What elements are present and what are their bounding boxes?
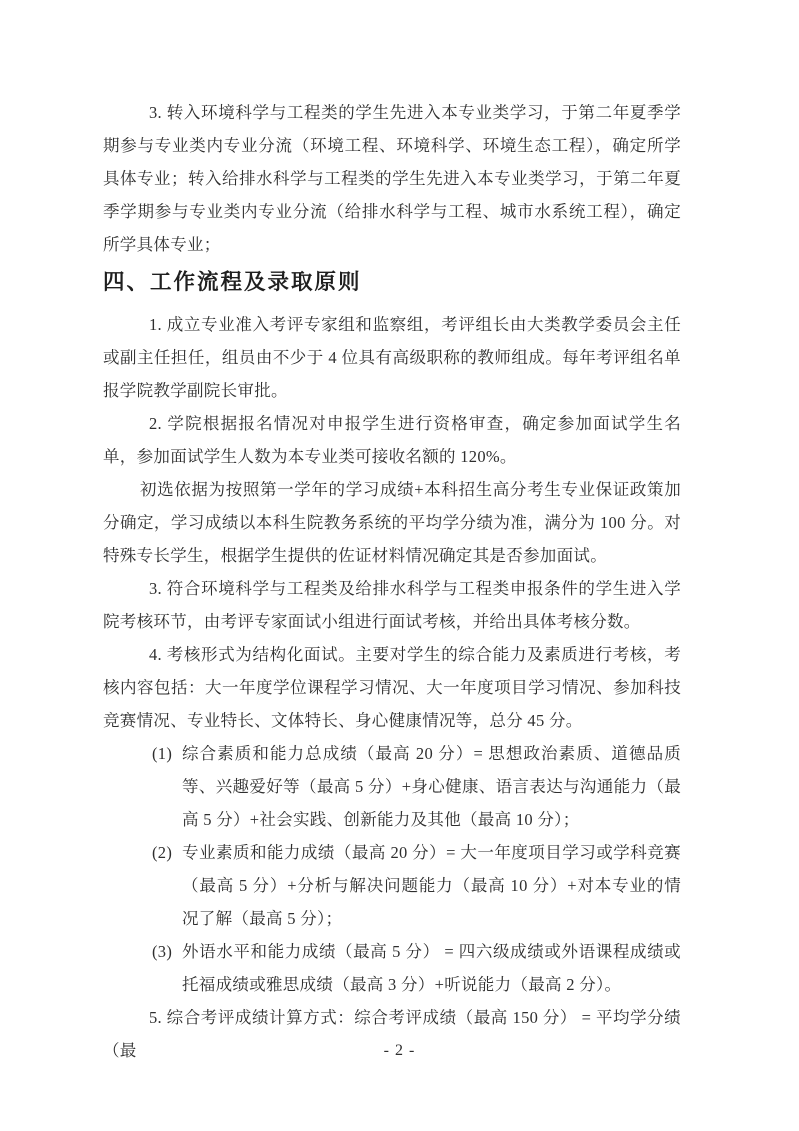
- list-item-marker: (1): [152, 737, 182, 836]
- paragraph-item-2: 2. 学院根据报名情况对申报学生进行资格审查，确定参加面试学生名单，参加面试学生…: [103, 407, 681, 473]
- list-item-text: 外语水平和能力成绩（最高 5 分） = 四六级成绩或外语课程成绩或托福成绩或雅思…: [182, 935, 681, 1001]
- document-page: 3. 转入环境科学与工程类的学生先进入本专业类学习，于第二年夏季学期参与专业类内…: [0, 0, 799, 1131]
- list-item-comprehensive-quality: (1) 综合素质和能力总成绩（最高 20 分）= 思想政治素质、道德品质等、兴趣…: [103, 737, 681, 836]
- paragraph-item-3: 3. 符合环境科学与工程类及给排水科学与工程类申报条件的学生进入学院考核环节，由…: [103, 572, 681, 638]
- list-item-marker: (2): [152, 836, 182, 935]
- page-number: - 2 -: [0, 1042, 799, 1060]
- list-item-text: 综合素质和能力总成绩（最高 20 分）= 思想政治素质、道德品质等、兴趣爱好等（…: [182, 737, 681, 836]
- list-item-foreign-language: (3) 外语水平和能力成绩（最高 5 分） = 四六级成绩或外语课程成绩或托福成…: [103, 935, 681, 1001]
- paragraph-preselection-basis: 初选依据为按照第一学年的学习成绩+本科招生高分考生专业保证政策加分确定，学习成绩…: [103, 473, 681, 572]
- list-item-marker: (3): [152, 935, 182, 1001]
- score-breakdown-list: (1) 综合素质和能力总成绩（最高 20 分）= 思想政治素质、道德品质等、兴趣…: [103, 737, 681, 1001]
- paragraph-transfer-rules: 3. 转入环境科学与工程类的学生先进入本专业类学习，于第二年夏季学期参与专业类内…: [103, 96, 681, 261]
- list-item-text: 专业素质和能力成绩（最高 20 分）= 大一年度项目学习或学科竞赛（最高 5 分…: [182, 836, 681, 935]
- paragraph-item-1: 1. 成立专业准入考评专家组和监察组，考评组长由大类教学委员会主任或副主任担任，…: [103, 308, 681, 407]
- list-item-professional-quality: (2) 专业素质和能力成绩（最高 20 分）= 大一年度项目学习或学科竞赛（最高…: [103, 836, 681, 935]
- paragraph-item-4: 4. 考核形式为结构化面试。主要对学生的综合能力及素质进行考核，考核内容包括：大…: [103, 638, 681, 737]
- section-heading: 四、工作流程及录取原则: [103, 266, 681, 299]
